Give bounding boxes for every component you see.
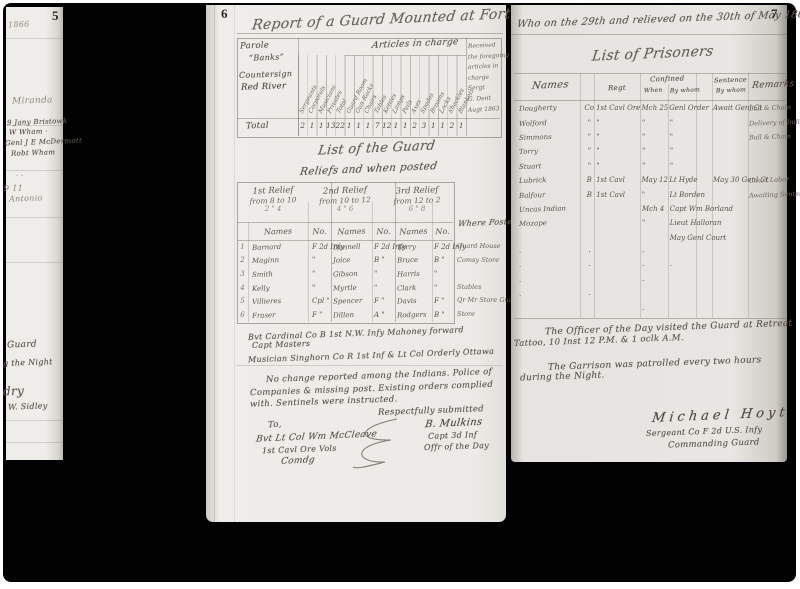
- prisoner-remarks: [749, 280, 786, 281]
- confined-when: ": [642, 191, 670, 199]
- countersign-label: Countersign: [239, 69, 293, 80]
- confined-when: ": [642, 162, 670, 170]
- article-column: Guard Room: [345, 43, 354, 116]
- relief1-name: Villieres: [248, 296, 312, 306]
- prisoner-remarks: Ball & Chain: [749, 132, 786, 141]
- relief1-no: ": [312, 256, 331, 264]
- no-header: No.: [372, 226, 395, 236]
- table-line: [514, 318, 786, 319]
- where-posted-value: Store: [457, 310, 475, 318]
- by-whom-header: By whom: [670, 86, 700, 94]
- prisoner-row: · ·: [516, 288, 786, 302]
- article-total-value: 1: [307, 121, 316, 130]
- handwriting-fragment: Miranda: [12, 95, 53, 106]
- confined-when: May 12: [642, 176, 670, 184]
- prisoner-regt: 1st Cavl: [596, 191, 642, 199]
- prisoner-remarks: [749, 223, 786, 224]
- title-underline: [511, 34, 787, 35]
- prisoner-name: ·: [516, 290, 583, 300]
- article-column: Chairs: [363, 43, 372, 116]
- relief1-name: Kelly: [248, 282, 312, 292]
- relief3-name: Harris: [395, 269, 434, 278]
- confined-by-whom: Lieut Halloran: [670, 219, 698, 227]
- confined-by-whom: ": [670, 162, 698, 170]
- ruled-line: [6, 262, 63, 263]
- confined-when: ·: [642, 306, 670, 314]
- confined-by-whom: Capt Wm Borland: [670, 205, 698, 213]
- handwriting-fragment: Robt Wham: [11, 148, 55, 158]
- relief1-no: F 2d Infy: [312, 243, 331, 251]
- prisoner-regt: ": [596, 133, 642, 141]
- relief3-name: Rodgers: [395, 310, 434, 319]
- page-edge-crease: [214, 5, 215, 522]
- when-header: When: [644, 87, 663, 95]
- relief-group: 1st Relief from 8 to 10 2 " 4: [237, 183, 309, 222]
- relief2-name: Joice: [331, 256, 374, 265]
- prisoner-remarks: [749, 165, 786, 166]
- prisoner-remarks: [749, 151, 786, 152]
- total-label: Total: [246, 121, 269, 132]
- names-number-header: Names No. Names No. Names No.: [237, 222, 453, 240]
- section-line: [237, 365, 503, 366]
- article-column: Kettles: [382, 43, 391, 116]
- prisoner-remarks: [749, 295, 786, 296]
- article-column: Brooms: [429, 43, 438, 116]
- parole-value: “Banks”: [249, 52, 284, 62]
- prisoner-name: Wolford: [516, 117, 583, 127]
- handwriting-fragment: · ·: [16, 172, 24, 180]
- address-comdg: Comdg: [280, 455, 315, 467]
- prisoner-name: ·: [516, 261, 583, 271]
- relief2-name: Dillon: [331, 310, 374, 319]
- sentence-value: May 30 Genl Ct: [713, 176, 749, 184]
- prisoner-no: ": [583, 147, 597, 155]
- relief3-no: B ": [434, 256, 451, 264]
- confined-when: ": [642, 133, 670, 141]
- prisoner-row: Mozape " Lieut Halloran: [516, 216, 786, 230]
- article-total-value: 2: [410, 121, 419, 130]
- prisoner-row: · ·: [516, 274, 786, 288]
- article-column: Blankets: [457, 43, 466, 116]
- relief3-no: F ": [434, 297, 451, 305]
- handwriting-fragment: Guard: [7, 339, 37, 350]
- prisoner-no: ": [582, 119, 596, 127]
- prisoner-no: ·: [583, 291, 597, 299]
- confined-when: Mch 4: [642, 205, 670, 213]
- relief2-no: F ": [374, 297, 395, 305]
- articles-column-headers: SergeantsCorporalsMusiciansPrivatesTotal…: [298, 43, 466, 116]
- confined-when: ·: [642, 277, 670, 285]
- handwriting-fragment: 1866: [8, 20, 30, 30]
- prisoner-row: ·: [516, 302, 786, 316]
- names-header: Names: [248, 225, 308, 236]
- row-number: 6: [237, 311, 248, 319]
- article-total-value: 2: [447, 121, 456, 130]
- where-posted-value: Guard House: [457, 242, 501, 250]
- article-total-value: 1: [345, 121, 354, 130]
- article-total-value: 13: [326, 121, 335, 130]
- row-number: 1: [237, 243, 248, 251]
- guard-row: 4 Kelly " Myrtle " Clark " Stables: [237, 281, 453, 295]
- parole-label: Parole: [240, 40, 269, 51]
- relief-group: 2nd Relief from 10 to 12 4 " 6: [309, 183, 381, 222]
- relief1-name: Maginn: [248, 255, 312, 265]
- prisoner-regt: ": [596, 162, 642, 170]
- prisoner-row: Torry " " " ": [516, 144, 786, 158]
- prisoner-remarks: Court Labor: [749, 175, 786, 184]
- prisoner-name: Uncas Indian: [516, 204, 583, 214]
- article-total-value: 1: [354, 121, 363, 130]
- prisoner-remarks: Delivery of Indictment: [749, 118, 786, 127]
- relief3-name: Bruce: [395, 256, 434, 265]
- article-column: Tables: [373, 43, 382, 116]
- relief1-name: Smith: [248, 269, 312, 279]
- relief3-name: Terry: [395, 242, 434, 251]
- article-total-value: 2: [298, 121, 307, 130]
- confined-when: ·: [642, 248, 670, 256]
- confined-when: ·: [642, 262, 670, 270]
- prisoner-remarks: [749, 237, 786, 238]
- relief2-no: B ": [374, 256, 395, 264]
- confined-by-whom: Lt Borden: [670, 191, 698, 199]
- prisoner-no: ": [583, 162, 597, 170]
- prisoner-name: Simmons: [516, 132, 583, 142]
- row-number: 5: [237, 297, 248, 305]
- relief2-no: A ": [374, 311, 395, 319]
- names-header: Names: [331, 226, 372, 236]
- prisoner-name: [516, 237, 582, 239]
- prisoner-no: B: [582, 176, 596, 184]
- prisoner-regt: 1st Cavl Ore: [596, 104, 641, 112]
- names-header: Names: [395, 226, 432, 236]
- margin-line: [234, 5, 235, 522]
- article-total-value: 1: [317, 121, 326, 130]
- prisoner-name: ·: [516, 247, 583, 257]
- article-total-value: 1: [438, 121, 447, 130]
- relief3-no: B ": [434, 311, 451, 319]
- officer-rank: Capt 3d Inf: [428, 430, 477, 441]
- article-total-value: 1: [457, 121, 466, 130]
- article-total-value: 12: [382, 121, 391, 130]
- prisoner-remarks: [749, 309, 786, 310]
- relief3-no: ": [434, 270, 451, 278]
- article-total-value: 1: [401, 121, 410, 130]
- article-total-value: 1: [429, 121, 438, 130]
- prisoner-name: Torry: [516, 146, 583, 156]
- title-underline: [237, 33, 503, 34]
- article-column: Sergeants: [298, 43, 307, 116]
- relief1-no: ": [312, 284, 331, 292]
- no-header: No.: [432, 226, 453, 236]
- confined-when: ": [642, 119, 670, 127]
- article-column: Lamps: [391, 43, 400, 116]
- prisoner-no: ·: [583, 262, 597, 270]
- ruled-line: [6, 170, 63, 171]
- prisoner-remarks: [749, 208, 786, 209]
- relief1-name: Fraser: [248, 310, 312, 320]
- relief3-no: F 2d Infy: [434, 243, 451, 251]
- prisoner-remarks: Ball & Chain: [749, 104, 786, 113]
- prisoner-regt: ": [596, 119, 642, 127]
- guard-row: 5 Villieres Cpl " Spencer F " Davis F " …: [237, 294, 453, 308]
- prisoner-row: Balfour B 1st Cavl " Lt Borden Awaiting …: [516, 187, 786, 201]
- address-to: To,: [268, 420, 282, 430]
- article-total-value: 1: [363, 121, 372, 130]
- page-number-6: 6: [221, 6, 228, 22]
- prisoner-row: May Genl Court: [516, 231, 786, 245]
- article-column: Corporals: [307, 43, 316, 116]
- prisoner-name: Mozape: [516, 218, 583, 228]
- confined-when: ": [642, 147, 670, 155]
- prisoner-row: Lubrick B 1st Cavl May 12 Lt Hyde May 30…: [516, 173, 786, 187]
- prisoner-name: [516, 308, 582, 310]
- confined-by-whom: Genl Order: [669, 104, 697, 112]
- confined-header: Confined: [650, 74, 685, 83]
- where-posted-value: Comsy Store: [457, 256, 499, 264]
- prisoner-row: · · ·: [516, 245, 786, 259]
- confined-when: ": [642, 219, 670, 227]
- guard-row: 6 Fraser F " Dillon A " Rodgers B " Stor…: [237, 308, 453, 322]
- relief2-no: ": [374, 270, 395, 278]
- relief-hours-2: 6 " 8: [381, 205, 453, 213]
- prisoner-regt: 1st Cavl: [596, 176, 641, 184]
- article-column: Musicians: [317, 43, 326, 116]
- article-total-value: 3: [419, 121, 428, 130]
- articles-total-row: 211132211171211231121: [298, 121, 466, 130]
- handwriting-fragment: W Wham ·: [9, 127, 48, 136]
- guard-table-rows: 1 Barnard F 2d Infy Donnell F 2d Infy Te…: [237, 240, 453, 322]
- prisoner-name: Stuart: [516, 161, 583, 171]
- handwriting-fragment: Antonio: [9, 193, 43, 203]
- prisoner-remarks: [749, 266, 786, 267]
- relief2-no: F 2d Infy: [374, 243, 395, 251]
- relief3-name: Davis: [395, 296, 434, 305]
- prisoner-remarks: Awaiting Sentence: [749, 190, 786, 199]
- ruled-line: [6, 420, 63, 421]
- relief2-name: Donnell: [331, 242, 374, 251]
- relief-hours-2: 4 " 6: [309, 205, 381, 213]
- article-column: Pails: [401, 43, 410, 116]
- prisoner-table-rows: Dougherty Co 1st Cavl Ore Mch 25 Genl Or…: [516, 101, 786, 317]
- relief3-name: Clark: [395, 283, 434, 292]
- pen-flourish: [335, 415, 407, 473]
- row-number: 2: [237, 256, 248, 264]
- confined-by-whom: ": [670, 147, 698, 155]
- prisoner-row: · · · ·: [516, 259, 786, 273]
- prisoner-row: Dougherty Co 1st Cavl Ore Mch 25 Genl Or…: [516, 101, 786, 115]
- confined-by-whom: ": [670, 133, 698, 141]
- prisoner-regt: ": [596, 147, 642, 155]
- article-column: Locks: [438, 43, 447, 116]
- handwriting-fragment: 9 11: [4, 184, 23, 193]
- no-header: No.: [308, 226, 331, 236]
- handwriting-fragment: g the Night: [3, 357, 53, 368]
- prisoner-name: ·: [516, 276, 583, 286]
- prisoner-remarks: [749, 251, 786, 252]
- remarks-line: Augt 1863: [468, 104, 503, 116]
- article-column: Spades: [419, 43, 428, 116]
- sentence-sub-header: By whom: [716, 86, 746, 94]
- confined-by-whom: ": [670, 119, 698, 127]
- countersign-value: Red River: [241, 81, 287, 93]
- regt-header: Regt: [608, 84, 626, 93]
- confined-by-whom: May Genl Court: [670, 234, 698, 242]
- relief1-no: F ": [312, 311, 331, 319]
- article-column: Shackles: [447, 43, 456, 116]
- article-total-value: 1: [391, 121, 400, 130]
- ruled-line: [6, 38, 63, 39]
- relief1-no: ": [312, 270, 331, 278]
- remarks-header: Remarks: [751, 79, 795, 91]
- where-posted-value: Stables: [457, 283, 481, 291]
- table-line: [514, 73, 786, 74]
- article-total-value: 22: [335, 121, 344, 130]
- relief-hours-2: 2 " 4: [237, 205, 309, 213]
- prisoner-name: Balfour: [516, 189, 583, 199]
- guard-row: 2 Maginn " Joice B " Bruce B " Comsy Sto…: [237, 254, 453, 268]
- article-column: Gun Racks: [354, 43, 363, 116]
- row-number: 3: [237, 270, 248, 278]
- relief2-no: ": [374, 284, 395, 292]
- prisoner-name: Lubrick: [516, 175, 582, 185]
- page-number-5: 5: [52, 8, 59, 24]
- prisoner-row: Wolford " " " " Delivery of Indictment: [516, 115, 786, 129]
- row-number: 4: [237, 284, 248, 292]
- prisoner-no: ": [582, 133, 596, 141]
- ruled-line: [6, 442, 63, 443]
- article-total-value: 7: [373, 121, 382, 130]
- articles-remarks: Receivedthe foregoingarticles inchargeSe…: [468, 41, 502, 115]
- relief1-no: Cpl ": [312, 297, 331, 305]
- relief-header-groups: 1st Relief from 8 to 10 2 " 4 2nd Relief…: [237, 183, 453, 222]
- sentence-header: Sentence: [714, 75, 747, 84]
- confined-when: Mch 25: [642, 104, 670, 112]
- relief2-name: Myrtle: [331, 283, 374, 292]
- relief-group: 3rd Relief from 12 to 2 6 " 8: [381, 183, 453, 222]
- prisoner-row: Stuart " " " ": [516, 159, 786, 173]
- total-row-line: [237, 118, 500, 119]
- confined-by-whom: Lt Hyde: [669, 176, 697, 184]
- prisoner-row: Simmons " " " " Ball & Chain: [516, 130, 786, 144]
- prisoner-no: B: [582, 191, 596, 199]
- article-column: Total: [335, 43, 344, 116]
- relief1-name: Barnard: [248, 242, 312, 252]
- guard-row: 3 Smith " Gibson " Harris ": [237, 267, 453, 281]
- article-column: Privates: [326, 43, 335, 116]
- prisoner-name: Dougherty: [516, 103, 582, 113]
- confined-by-whom: ·: [670, 262, 698, 270]
- sentence-value: Await Genl Ct: [713, 104, 749, 112]
- guard-row: 1 Barnard F 2d Infy Donnell F 2d Infy Te…: [237, 240, 453, 254]
- handwriting-fragment: dry: [3, 384, 25, 399]
- prisoner-row: Uncas Indian Mch 4 Capt Wm Borland: [516, 202, 786, 216]
- article-column: Axes: [410, 43, 419, 116]
- prisoner-no: Co: [582, 104, 596, 112]
- names-header: Names: [531, 79, 569, 92]
- relief3-no: ": [434, 284, 451, 292]
- relief2-name: Spencer: [331, 296, 374, 305]
- handwriting-fragment: W. Sidley: [8, 401, 48, 411]
- ruled-line: [6, 217, 63, 218]
- prisoner-no: ·: [583, 248, 597, 256]
- relief2-name: Gibson: [331, 269, 374, 278]
